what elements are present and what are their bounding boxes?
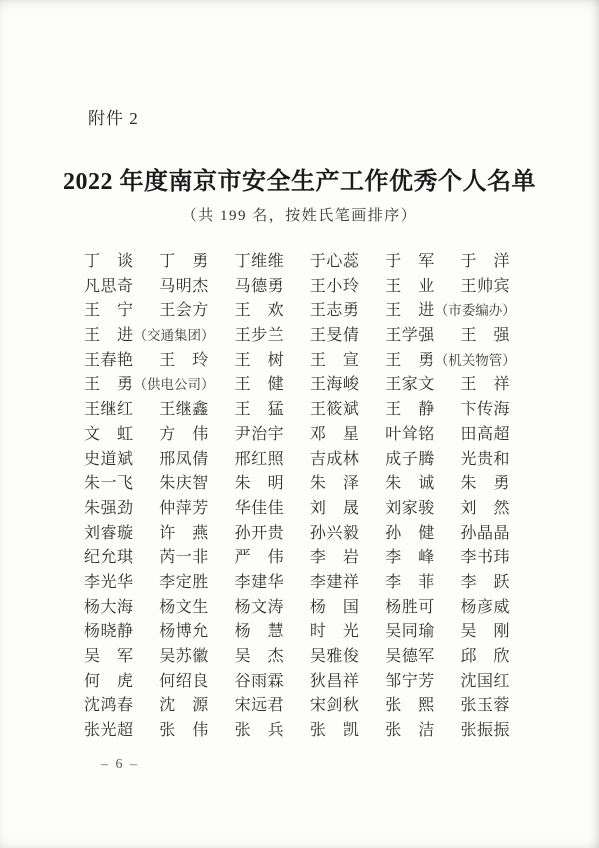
name-cell: 王继红 <box>84 398 159 423</box>
name-cell: 吴德军 <box>385 645 460 670</box>
name-cell: 李 岩 <box>310 546 385 571</box>
name-cell: 成子腾 <box>385 448 460 473</box>
name-cell: 吴 刚 <box>460 620 535 645</box>
name-cell: 王 强 <box>460 324 535 349</box>
name-cell: 芮一非 <box>159 546 234 571</box>
page-title: 2022 年度南京市安全生产工作优秀个人名单 <box>0 161 599 196</box>
name-grid: 丁 谈丁 勇丁维维于心蕊于 军于 洋凡思奇马明杰马德勇王小玲王 业王帅宾王 宁王… <box>84 250 536 744</box>
name-cell: 刘 晟 <box>310 497 385 522</box>
name-cell: 方 伟 <box>159 423 234 448</box>
name-cell: 仲萍芳 <box>159 497 234 522</box>
name-cell: 王筱斌 <box>310 398 385 423</box>
affiliation-note: （市委编办） <box>435 303 516 318</box>
name-cell: 张玉蓉 <box>460 694 535 719</box>
name-cell: 何绍良 <box>159 670 234 695</box>
name-cell: 王 业 <box>385 275 460 300</box>
name-cell: 王海峻 <box>310 373 385 398</box>
name-cell: 王志勇 <box>310 299 385 324</box>
name-cell: 孙兴毅 <box>310 522 385 547</box>
name-cell: 邢红照 <box>235 448 310 473</box>
name-cell: 杨大海 <box>84 596 159 621</box>
name-cell: 邓 星 <box>310 423 385 448</box>
name-cell: 沈国红 <box>460 670 535 695</box>
name-cell: 张光超 <box>84 719 159 744</box>
name-cell: 王步兰 <box>235 324 310 349</box>
name-cell: 张 洁 <box>385 719 460 744</box>
name-cell: 朱 勇 <box>460 472 535 497</box>
name-cell: 凡思奇 <box>84 275 159 300</box>
name-cell: 王 宁 <box>84 299 159 324</box>
affiliation-note: （供电公司） <box>134 377 215 392</box>
name-cell: 邱 欣 <box>460 645 535 670</box>
page-number: – 6 – <box>101 757 139 773</box>
affiliation-note: （交通集团） <box>134 328 215 343</box>
name-cell: 杨晓静 <box>84 620 159 645</box>
name-cell: 刘 然 <box>460 497 535 522</box>
name-cell: 孙 健 <box>385 522 460 547</box>
name-cell: 朱 诚 <box>385 472 460 497</box>
name-cell: 刘家骏 <box>385 497 460 522</box>
name-cell: 叶耸铭 <box>385 423 460 448</box>
name-cell: 张 熙 <box>385 694 460 719</box>
name-cell: 华佳佳 <box>235 497 310 522</box>
name-cell: 王 进（交通集团） <box>84 324 235 349</box>
name-cell: 马德勇 <box>235 275 310 300</box>
name-cell: 王小玲 <box>310 275 385 300</box>
name-cell: 马明杰 <box>159 275 234 300</box>
name-cell: 吴雅俊 <box>310 645 385 670</box>
name-cell: 宋剑秋 <box>310 694 385 719</box>
name-cell: 吴 杰 <box>235 645 310 670</box>
name-cell: 王会方 <box>159 299 234 324</box>
name-cell: 许 燕 <box>159 522 234 547</box>
name-cell: 纪允琪 <box>84 546 159 571</box>
name-cell: 朱 明 <box>235 472 310 497</box>
name-cell: 朱强劲 <box>84 497 159 522</box>
name-cell: 王 欢 <box>235 299 310 324</box>
name-cell: 李 菲 <box>385 571 460 596</box>
name-cell: 朱 泽 <box>310 472 385 497</box>
name-cell: 李定胜 <box>159 571 234 596</box>
name-cell: 杨博允 <box>159 620 234 645</box>
document-page: 附件 2 2022 年度南京市安全生产工作优秀个人名单 （共 199 名，按姓氏… <box>0 0 599 848</box>
name-cell: 李光华 <box>84 571 159 596</box>
name-cell: 宋远君 <box>235 694 310 719</box>
name-cell: 王 静 <box>385 398 460 423</box>
name-cell: 田高超 <box>460 423 535 448</box>
name-cell: 王帅宾 <box>460 275 535 300</box>
name-cell: 光贵和 <box>460 448 535 473</box>
name-cell: 王 猛 <box>235 398 310 423</box>
name-cell: 王 树 <box>235 349 310 374</box>
name-cell: 李建华 <box>235 571 310 596</box>
name-cell: 丁 谈 <box>84 250 159 275</box>
name-cell: 李建祥 <box>310 571 385 596</box>
name-cell: 朱一飞 <box>84 472 159 497</box>
name-cell: 杨文生 <box>159 596 234 621</box>
name-cell: 沈鸿春 <box>84 694 159 719</box>
attachment-label: 附件 2 <box>88 104 139 129</box>
name-cell: 朱庆智 <box>159 472 234 497</box>
name-cell: 史道斌 <box>84 448 159 473</box>
name-cell: 王 祥 <box>460 373 535 398</box>
name-cell: 王 勇（供电公司） <box>84 373 235 398</box>
name-cell: 杨 慧 <box>235 620 310 645</box>
name-cell: 王旻倩 <box>310 324 385 349</box>
name-cell: 李书玮 <box>460 546 535 571</box>
name-cell: 刘睿璇 <box>84 522 159 547</box>
name-cell: 杨 国 <box>310 596 385 621</box>
name-cell: 王 健 <box>235 373 310 398</box>
name-cell: 文 虹 <box>84 423 159 448</box>
name-cell: 孙开贵 <box>235 522 310 547</box>
name-cell: 吴 军 <box>84 645 159 670</box>
name-cell: 吴苏徽 <box>159 645 234 670</box>
name-cell: 尹治宇 <box>235 423 310 448</box>
name-cell: 于心蕊 <box>310 250 385 275</box>
name-cell: 何 虎 <box>84 670 159 695</box>
name-cell: 狄昌祥 <box>310 670 385 695</box>
name-cell: 李 跃 <box>460 571 535 596</box>
name-cell: 张 凯 <box>310 719 385 744</box>
name-cell: 吴同瑜 <box>385 620 460 645</box>
name-cell: 王春艳 <box>84 349 159 374</box>
name-cell: 王 宣 <box>310 349 385 374</box>
name-cell: 邹宁芳 <box>385 670 460 695</box>
name-cell: 谷雨霖 <box>235 670 310 695</box>
name-cell: 杨文涛 <box>235 596 310 621</box>
page-subtitle: （共 199 名，按姓氏笔画排序） <box>0 204 599 225</box>
name-cell: 王家文 <box>385 373 460 398</box>
name-cell: 孙晶晶 <box>460 522 535 547</box>
name-cell: 张振振 <box>460 719 535 744</box>
affiliation-note: （机关物管） <box>435 353 516 368</box>
name-cell: 王继鑫 <box>159 398 234 423</box>
name-cell: 李 峰 <box>385 546 460 571</box>
name-cell: 张 兵 <box>235 719 310 744</box>
name-cell: 王 进（市委编办） <box>385 299 536 324</box>
name-cell: 于 军 <box>385 250 460 275</box>
name-cell: 张 伟 <box>159 719 234 744</box>
name-cell: 严 伟 <box>235 546 310 571</box>
name-cell: 时 光 <box>310 620 385 645</box>
name-cell: 丁 勇 <box>159 250 234 275</box>
name-cell: 卞传海 <box>460 398 535 423</box>
name-cell: 王学强 <box>385 324 460 349</box>
name-cell: 杨彦威 <box>460 596 535 621</box>
name-cell: 于 洋 <box>460 250 535 275</box>
name-cell: 杨胜可 <box>385 596 460 621</box>
name-cell: 王 勇（机关物管） <box>385 349 536 374</box>
name-cell: 沈 源 <box>159 694 234 719</box>
name-cell: 王 玲 <box>159 349 234 374</box>
name-cell: 丁维维 <box>235 250 310 275</box>
name-cell: 吉成林 <box>310 448 385 473</box>
name-cell: 邢凤倩 <box>159 448 234 473</box>
